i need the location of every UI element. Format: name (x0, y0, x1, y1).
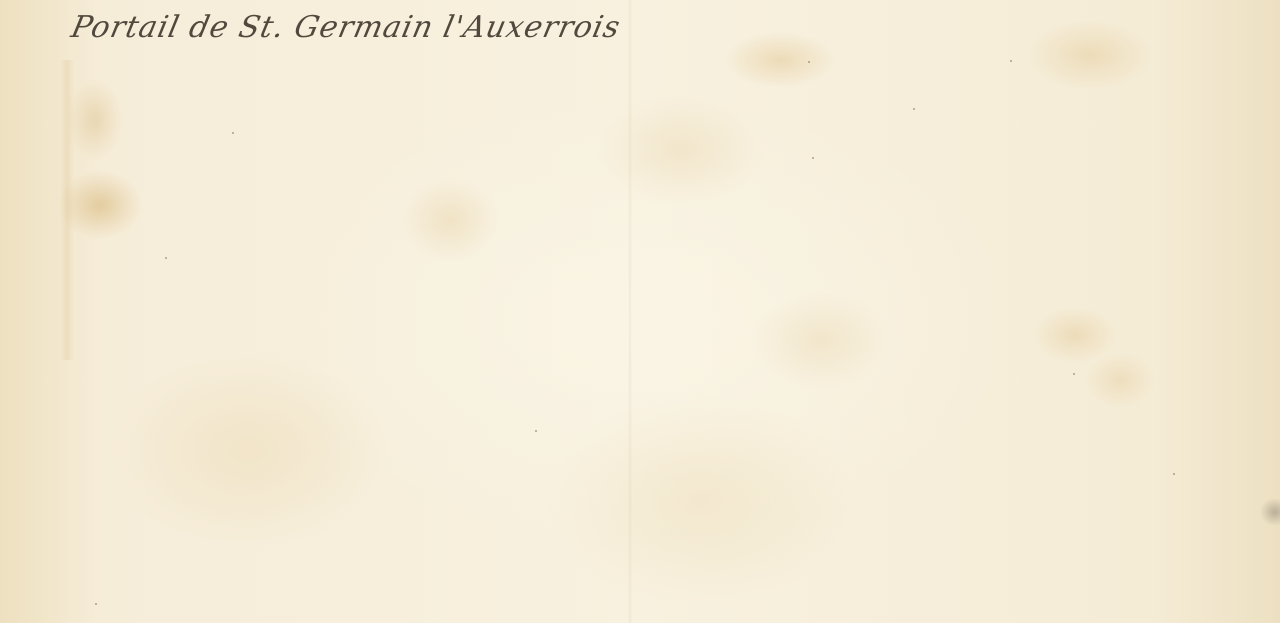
paper-speck (95, 603, 97, 605)
paper-crease (628, 0, 632, 623)
paper-speck (1010, 60, 1012, 62)
stain-band (60, 60, 74, 360)
paper-speck (1173, 473, 1175, 475)
paper-speck (812, 157, 814, 159)
aged-paper-card: Portail de St. Germain l'Auxerrois (0, 0, 1280, 623)
paper-speck (165, 257, 167, 259)
paper-speck (808, 61, 810, 63)
paper-speck (1073, 373, 1075, 375)
handwritten-caption: Portail de St. Germain l'Auxerrois (68, 10, 624, 45)
edge-wear-mark (1240, 490, 1280, 540)
paper-speck (913, 108, 915, 110)
paper-speck (232, 132, 234, 134)
paper-speck (535, 430, 537, 432)
